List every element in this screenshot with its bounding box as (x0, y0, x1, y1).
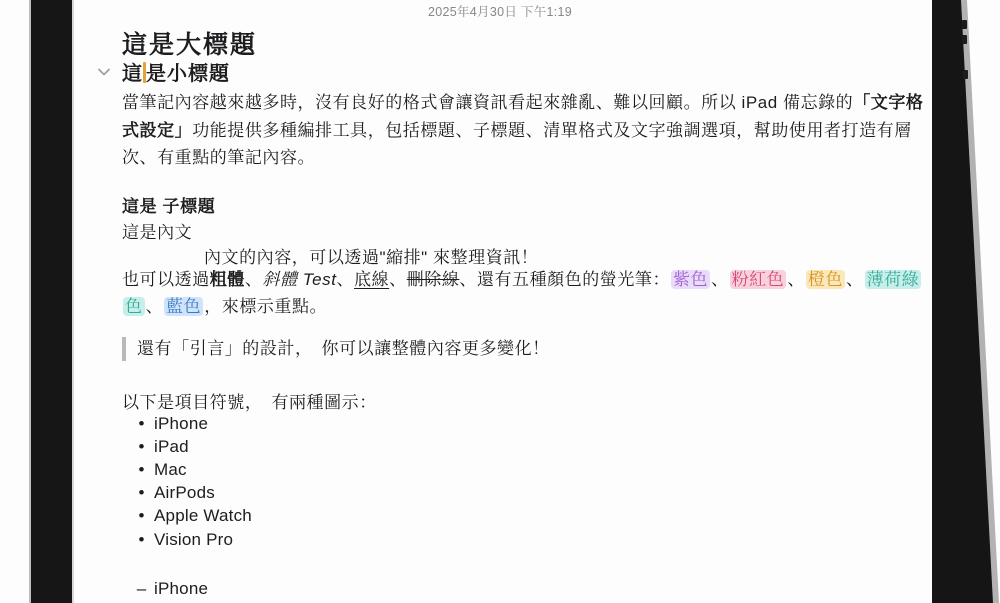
list-item-label: iPhone (154, 579, 208, 599)
dash-list[interactable]: –iPhone (122, 577, 208, 600)
body-text: 、 (389, 270, 407, 289)
body-text: 、 (787, 270, 805, 289)
body-text: 、 (146, 297, 164, 316)
list-item[interactable]: •AirPods (122, 482, 252, 505)
body-text: 功能提供多種編排工具，包括標題、子標題、清單格式及文字強調選項，幫助使用者打造有… (192, 121, 912, 140)
highlight-mint: 色 (123, 297, 145, 316)
blockquote[interactable]: 還有「引言」的設計， 你可以讓整體內容更多變化！ (122, 337, 550, 361)
body-text: 、 (337, 270, 355, 289)
highlight-blue: 藍色 (164, 297, 203, 316)
list-item-label: Apple Watch (154, 506, 252, 526)
bullet-icon: • (135, 437, 148, 457)
dash-icon: – (135, 579, 148, 599)
list-item[interactable]: –iPhone (122, 577, 208, 600)
format-line-1[interactable]: 也可以透過粗體、斜體 Test、底線、刪除線、還有五種顏色的螢光筆：紫色、粉紅色… (122, 266, 922, 293)
list-intro[interactable]: 以下是項目符號， 有兩種圖示： (122, 388, 377, 413)
ipad-left-bezel (29, 0, 74, 603)
bold-text: 式設定」 (122, 121, 192, 140)
list-item-label: iPad (154, 437, 189, 457)
intro-line-3[interactable]: 次、有重點的筆記內容。 (122, 144, 923, 172)
highlight-pink: 粉紅色 (730, 270, 787, 289)
body-text: 、 (711, 270, 729, 289)
highlight-purple: 紫色 (671, 270, 710, 289)
body-text: ，來標示重點。 (204, 297, 327, 316)
note-subtitle[interactable]: 這是小標題 (122, 57, 230, 86)
bullet-list[interactable]: •iPhone •iPad •Mac •AirPods •Apple Watch… (122, 412, 252, 551)
body-text: 也可以透過 (122, 270, 210, 289)
highlight-mint: 薄荷綠 (865, 270, 922, 289)
body-text: 、 (245, 270, 263, 289)
list-item[interactable]: •iPhone (122, 412, 252, 435)
list-item-label: iPhone (154, 414, 208, 434)
chevron-down-icon[interactable] (96, 64, 112, 80)
body-line[interactable]: 這是內文 (122, 218, 192, 243)
format-line-2[interactable]: 色、藍色，來標示重點。 (122, 293, 922, 320)
list-item-label: AirPods (154, 483, 215, 503)
body-text: 、 (846, 270, 864, 289)
bold-text: 粗體 (210, 270, 245, 289)
side-button (963, 70, 968, 79)
bullet-icon: • (135, 530, 148, 550)
body-text: 、還有五種顏色的螢光筆： (459, 270, 670, 289)
subtitle-text-before: 這 (122, 63, 143, 85)
volume-down-button (962, 35, 967, 44)
body-text: 當筆記內容越來越多時，沒有良好的格式會讓資訊看起來雜亂、難以回顧。所以 iPad… (122, 93, 853, 112)
format-demo-paragraph[interactable]: 也可以透過粗體、斜體 Test、底線、刪除線、還有五種顏色的螢光筆：紫色、粉紅色… (122, 266, 922, 320)
bullet-icon: • (135, 506, 148, 526)
ipad-notes-screenshot: 2025年4月30日 下午1:19 這是大標題 這是小標題 當筆記內容越來越多時… (0, 0, 1000, 603)
body-text: 次、有重點的筆記內容。 (122, 148, 315, 167)
bullet-icon: • (135, 483, 148, 503)
underline-text: 底線 (354, 270, 389, 289)
volume-up-button (962, 20, 967, 29)
list-item-label: Vision Pro (154, 530, 233, 550)
bullet-icon: • (135, 414, 148, 434)
indented-line[interactable]: 內文的內容，可以透過"縮排" 來整理資訊！ (204, 243, 538, 268)
italic-text: 斜體 Test (262, 270, 336, 289)
intro-line-1[interactable]: 當筆記內容越來越多時，沒有良好的格式會讓資訊看起來雜亂、難以回顧。所以 iPad… (122, 89, 923, 117)
strikethrough-text: 刪除線 (407, 270, 460, 289)
intro-paragraph[interactable]: 當筆記內容越來越多時，沒有良好的格式會讓資訊看起來雜亂、難以回顧。所以 iPad… (122, 89, 923, 172)
subtitle-text-after: 是小標題 (146, 63, 230, 85)
highlight-orange: 橙色 (806, 270, 845, 289)
list-item[interactable]: •iPad (122, 435, 252, 458)
list-item[interactable]: •Vision Pro (122, 528, 252, 551)
intro-line-2[interactable]: 式設定」功能提供多種編排工具，包括標題、子標題、清單格式及文字強調選項，幫助使用… (122, 117, 923, 145)
bold-text: 「文字格 (853, 93, 923, 112)
note-editor[interactable]: 這是大標題 這是小標題 當筆記內容越來越多時，沒有良好的格式會讓資訊看起來雜亂、… (122, 0, 954, 603)
bullet-icon: • (135, 460, 148, 480)
list-item[interactable]: •Mac (122, 458, 252, 481)
list-item[interactable]: •Apple Watch (122, 505, 252, 528)
list-item-label: Mac (154, 460, 187, 480)
note-subheading[interactable]: 這是 子標題 (122, 192, 215, 217)
note-title[interactable]: 這是大標題 (122, 25, 257, 61)
